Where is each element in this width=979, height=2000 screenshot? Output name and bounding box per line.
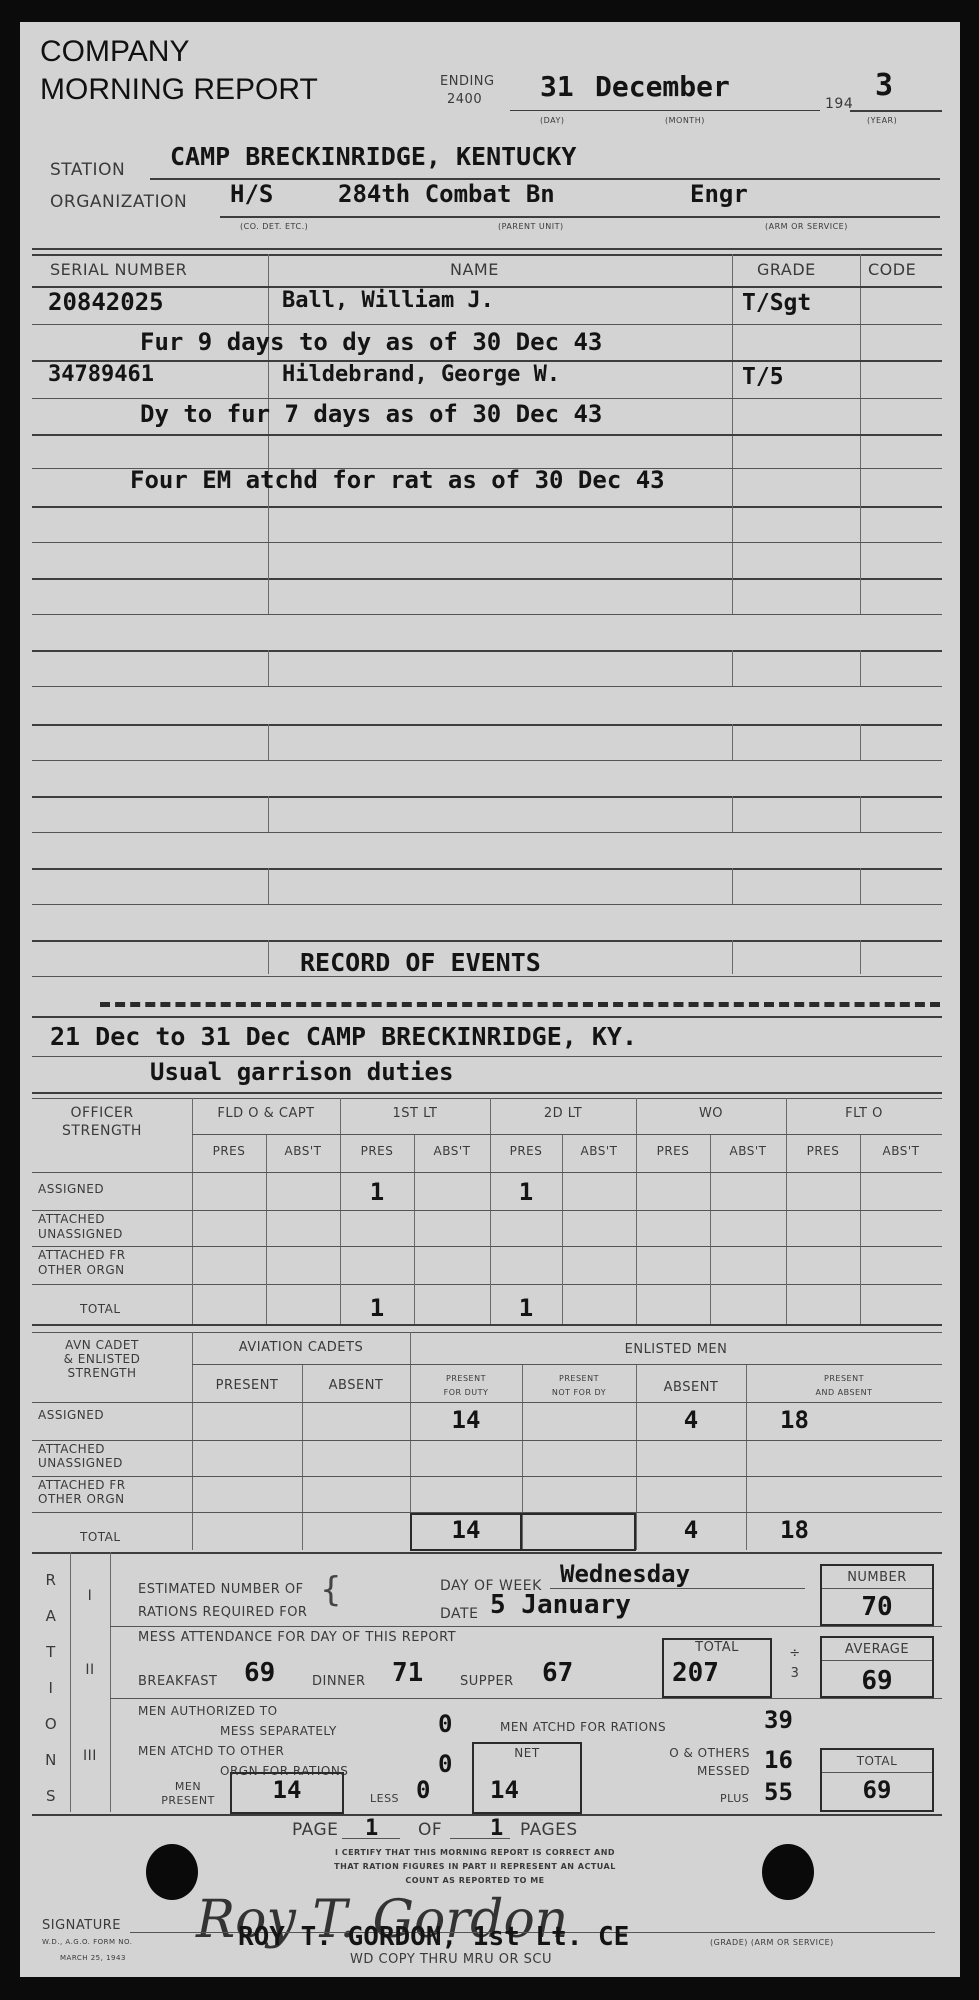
caption-parent-unit: (PARENT UNIT) bbox=[498, 222, 564, 231]
officer-col-2d-lt: 2D LT bbox=[490, 1106, 636, 1121]
entry-name: Hildebrand, George W. bbox=[282, 362, 560, 387]
sub-abst: ABS'T bbox=[266, 1144, 340, 1158]
copy-routing-note: WD COPY THRU MRU OR SCU bbox=[350, 1952, 552, 1967]
form-title-morning-report: MORNING REPORT bbox=[40, 72, 318, 108]
form-title-company: COMPANY bbox=[40, 34, 189, 70]
entry-remark: Dy to fur 7 days as of 30 Dec 43 bbox=[140, 400, 602, 428]
roster-note: Four EM atchd for rat as of 30 Dec 43 bbox=[130, 466, 665, 494]
entry-grade: T/5 bbox=[742, 364, 784, 390]
rations-side-label: R A T I O N S bbox=[32, 1562, 70, 1814]
officer-col-flt-o: FLT O bbox=[786, 1106, 942, 1121]
atchd-for-rations-label: MEN ATCHD FOR RATIONS bbox=[500, 1720, 666, 1734]
officer-total-1st-lt-pres: 1 bbox=[340, 1294, 414, 1322]
enlisted-strength-label: AVN CADET & ENLISTED STRENGTH bbox=[32, 1338, 172, 1380]
atchd-other-orgn-label-1: MEN ATCHD TO OTHER bbox=[138, 1744, 284, 1758]
part-iii-numeral: III bbox=[70, 1748, 110, 1764]
sub-pres: PRES bbox=[786, 1144, 860, 1158]
sub-pres: PRES bbox=[490, 1144, 562, 1158]
col-serial-number: SERIAL NUMBER bbox=[50, 260, 187, 279]
organization-label: ORGANIZATION bbox=[50, 192, 187, 212]
row-label-total: TOTAL bbox=[80, 1530, 121, 1544]
rations-total-label: TOTAL bbox=[820, 1754, 934, 1768]
officer-assigned-1st-lt-pres: 1 bbox=[340, 1178, 414, 1206]
month-caption: (MONTH) bbox=[665, 116, 705, 125]
of-label: OF bbox=[418, 1820, 442, 1840]
entry-name: Ball, William J. bbox=[282, 288, 494, 313]
punch-hole-right bbox=[762, 1844, 814, 1900]
signature-label: SIGNATURE bbox=[42, 1918, 121, 1933]
atchd-for-rations-value: 39 bbox=[764, 1706, 793, 1734]
entry-remark: Fur 9 days to dy as of 30 Dec 43 bbox=[140, 328, 602, 356]
events-line-1: 21 Dec to 31 Dec CAMP BRECKINRIDGE, KY. bbox=[50, 1022, 637, 1051]
enlisted-men-header: ENLISTED MEN bbox=[410, 1342, 942, 1357]
year-prefix: 194 bbox=[825, 96, 853, 112]
row-label-assigned: ASSIGNED bbox=[38, 1182, 104, 1196]
breakfast-count: 69 bbox=[244, 1658, 275, 1688]
others-messed-label: O & OTHERS MESSED bbox=[650, 1744, 750, 1780]
mess-separately-value: 0 bbox=[438, 1710, 452, 1738]
em-present-for-duty-col: PRESENT FOR DUTY bbox=[410, 1372, 522, 1400]
estimated-rations-label: ESTIMATED NUMBER OF RATIONS REQUIRED FOR bbox=[138, 1578, 307, 1624]
report-day: 31 bbox=[540, 70, 574, 103]
day-of-week-value: Wednesday bbox=[560, 1560, 690, 1588]
col-code: CODE bbox=[868, 260, 916, 279]
em-assigned-present-and-absent: 18 bbox=[780, 1406, 809, 1434]
ending-time: 2400 bbox=[447, 92, 482, 107]
men-present-label: MEN PRESENT bbox=[148, 1780, 228, 1808]
row-label-total: TOTAL bbox=[80, 1302, 121, 1316]
officer-col-wo: WO bbox=[636, 1106, 786, 1121]
caption-arm-service: (ARM OR SERVICE) bbox=[765, 222, 848, 231]
brace-glyph: { bbox=[320, 1570, 342, 1610]
em-total-present-and-absent: 18 bbox=[780, 1516, 809, 1544]
divide-by-three: ÷ 3 bbox=[780, 1644, 810, 1684]
mess-separately-label-2: MESS SEPARATELY bbox=[220, 1724, 337, 1738]
sub-abst: ABS'T bbox=[860, 1144, 942, 1158]
row-label-attached-unassigned: ATTACHED UNASSIGNED bbox=[38, 1442, 123, 1470]
events-line-2: Usual garrison duties bbox=[150, 1058, 453, 1086]
sub-pres: PRES bbox=[340, 1144, 414, 1158]
row-label-attached-unassigned: ATTACHED UNASSIGNED bbox=[38, 1212, 123, 1242]
supper-label: SUPPER bbox=[460, 1674, 514, 1689]
net-value: 14 bbox=[490, 1776, 519, 1804]
em-present-not-for-dy-col: PRESENT NOT FOR DY bbox=[522, 1372, 636, 1400]
record-of-events-heading: RECORD OF EVENTS bbox=[300, 948, 541, 977]
dinner-label: DINNER bbox=[312, 1674, 366, 1689]
station-label: STATION bbox=[50, 160, 125, 180]
em-assigned-present-for-duty: 14 bbox=[410, 1406, 522, 1434]
part-ii-numeral: II bbox=[70, 1662, 110, 1678]
ending-label: ENDING bbox=[440, 74, 495, 89]
station-value: CAMP BRECKINRIDGE, KENTUCKY bbox=[170, 142, 576, 171]
officer-assigned-2d-lt-pres: 1 bbox=[490, 1178, 562, 1206]
cadets-absent-col: ABSENT bbox=[302, 1378, 410, 1393]
caption-unit: (CO. DET. ETC.) bbox=[240, 222, 308, 231]
mess-average-value: 69 bbox=[820, 1666, 934, 1696]
mess-separately-label-1: MEN AUTHORIZED TO bbox=[138, 1704, 278, 1718]
plus-label: PLUS bbox=[720, 1792, 749, 1805]
em-present-and-absent-col: PRESENT AND ABSENT bbox=[746, 1372, 942, 1400]
cadets-present-col: PRESENT bbox=[192, 1378, 302, 1393]
form-date: MARCH 25, 1943 bbox=[60, 1954, 126, 1962]
sub-abst: ABS'T bbox=[710, 1144, 786, 1158]
part-i-numeral: I bbox=[70, 1588, 110, 1604]
less-label: LESS bbox=[370, 1792, 399, 1805]
officer-col-1st-lt: 1ST LT bbox=[340, 1106, 490, 1121]
officer-strength-label: OFFICER STRENGTH bbox=[32, 1104, 172, 1140]
less-value: 0 bbox=[416, 1776, 430, 1804]
report-year-digit: 3 bbox=[875, 68, 893, 103]
certification-text: I CERTIFY THAT THIS MORNING REPORT IS CO… bbox=[240, 1846, 710, 1888]
organization-unit: H/S bbox=[230, 180, 273, 208]
atchd-other-orgn-value: 0 bbox=[438, 1750, 452, 1778]
pages-label: PAGES bbox=[520, 1820, 578, 1840]
day-caption: (DAY) bbox=[540, 116, 565, 125]
row-label-attached-fr-other-orgn: ATTACHED FR OTHER ORGN bbox=[38, 1478, 126, 1506]
organization-parent-unit: 284th Combat Bn bbox=[338, 180, 555, 208]
officer-col-fld-o-capt: FLD O & CAPT bbox=[192, 1106, 340, 1121]
others-messed-value: 16 bbox=[764, 1746, 793, 1774]
page-label: PAGE bbox=[292, 1820, 338, 1840]
year-caption: (YEAR) bbox=[867, 116, 897, 125]
sub-pres: PRES bbox=[192, 1144, 266, 1158]
mess-average-label: AVERAGE bbox=[820, 1642, 934, 1657]
mess-total-value: 207 bbox=[672, 1658, 719, 1688]
breakfast-label: BREAKFAST bbox=[138, 1674, 217, 1689]
signer-typed-name: ROY T. GORDON, 1st Lt. CE bbox=[238, 1922, 629, 1952]
entry-serial: 34789461 bbox=[48, 362, 154, 387]
mess-total-label: TOTAL bbox=[662, 1640, 772, 1655]
organization-arm-service: Engr bbox=[690, 180, 748, 208]
row-label-attached-fr-other-orgn: ATTACHED FR OTHER ORGN bbox=[38, 1248, 126, 1278]
col-name: NAME bbox=[450, 260, 499, 279]
supper-count: 67 bbox=[542, 1658, 573, 1688]
em-total-absent: 4 bbox=[636, 1516, 746, 1544]
punch-hole-left bbox=[146, 1844, 198, 1900]
form-number: W.D., A.G.O. FORM NO. bbox=[42, 1938, 132, 1946]
grade-arm-caption: (GRADE) (ARM OR SERVICE) bbox=[710, 1938, 834, 1947]
entry-serial: 20842025 bbox=[48, 288, 164, 316]
date-value: 5 January bbox=[490, 1590, 631, 1620]
sub-abst: ABS'T bbox=[414, 1144, 490, 1158]
aviation-cadets-header: AVIATION CADETS bbox=[192, 1340, 410, 1355]
men-present-value: 14 bbox=[230, 1776, 344, 1804]
row-label-assigned: ASSIGNED bbox=[38, 1408, 104, 1422]
net-label: NET bbox=[472, 1746, 582, 1760]
officer-total-2d-lt-pres: 1 bbox=[490, 1294, 562, 1322]
total-present-not-for-dy-box bbox=[520, 1513, 636, 1551]
sub-pres: PRES bbox=[636, 1144, 710, 1158]
typed-dash-line bbox=[100, 1002, 940, 1007]
em-assigned-absent: 4 bbox=[636, 1406, 746, 1434]
em-absent-col: ABSENT bbox=[636, 1380, 746, 1395]
report-month: December bbox=[595, 70, 730, 103]
sub-abst: ABS'T bbox=[562, 1144, 636, 1158]
mess-attendance-heading: MESS ATTENDANCE FOR DAY OF THIS REPORT bbox=[138, 1630, 456, 1645]
date-label: DATE bbox=[440, 1606, 478, 1622]
em-total-present-for-duty: 14 bbox=[410, 1516, 522, 1544]
entry-grade: T/Sgt bbox=[742, 290, 811, 316]
dinner-count: 71 bbox=[392, 1658, 423, 1688]
col-grade: GRADE bbox=[757, 260, 816, 279]
plus-value: 55 bbox=[764, 1778, 793, 1806]
rations-number-value: 70 bbox=[820, 1592, 934, 1622]
morning-report-form: COMPANY MORNING REPORT ENDING 2400 31 De… bbox=[20, 22, 960, 1977]
rations-total-value: 69 bbox=[820, 1776, 934, 1804]
number-label: NUMBER bbox=[820, 1570, 934, 1585]
